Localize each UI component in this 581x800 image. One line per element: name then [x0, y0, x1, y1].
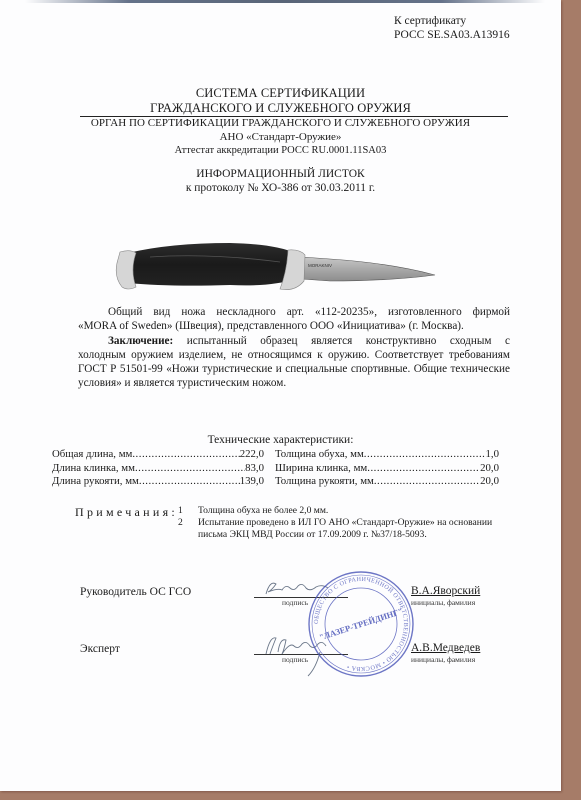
- company-stamp: ОБЩЕСТВО С ОГРАНИЧЕННОЙ ОТВЕТСТВЕННОСТЬЮ…: [306, 569, 416, 679]
- spec-label: Ширина клинка, мм: [275, 462, 367, 476]
- accreditation-number: Аттестат аккредитации РОСС RU.0001.11SA0…: [0, 144, 561, 158]
- spec-label: Длина клинка, мм: [52, 462, 135, 476]
- signatory-name-head: В.А.Яворский: [411, 585, 480, 597]
- spec-row: Ширина клинка, мм20,0: [275, 462, 499, 476]
- certificate-ref-number: РОСС SE.SA03.A13916: [394, 28, 510, 42]
- svg-text:"ЛАЗЕР-ТРЕЙДИНГ": "ЛАЗЕР-ТРЕЙДИНГ": [318, 606, 404, 643]
- signatory-role-head: Руководитель ОС ГСО: [80, 586, 191, 598]
- conclusion-label: Заключение:: [108, 335, 173, 347]
- spec-value: 222,0: [240, 448, 264, 462]
- organization-name: АНО «Стандарт-Оружие»: [0, 131, 561, 145]
- specs-right-column: Толщина обуха, мм1,0 Ширина клинка, мм20…: [275, 448, 499, 489]
- description-line2: «MORA of Sweden» (Швеция), представленно…: [78, 319, 510, 333]
- conclusion-text: холодным оружием изделием, не относящимс…: [78, 348, 510, 390]
- spec-row: Длина рукояти, мм139,0: [52, 475, 264, 489]
- spec-value: 20,0: [480, 475, 499, 489]
- description-line1: Общий вид ножа нескладного арт. «112-202…: [108, 306, 510, 318]
- spec-label: Общая длина, мм: [52, 448, 132, 462]
- note-text: Толщина обуха не более 2,0 мм.: [198, 505, 498, 517]
- spec-row: Толщина рукояти, мм20,0: [275, 475, 499, 489]
- spec-value: 20,0: [480, 462, 499, 476]
- system-title-line2: ГРАЖДАНСКОГО И СЛУЖЕБНОГО ОРУЖИЯ: [0, 101, 561, 116]
- spec-value: 139,0: [240, 475, 264, 489]
- specs-title: Технические характеристики:: [0, 434, 561, 446]
- title-protocol: к протоколу № ХО-386 от 30.03.2011 г.: [0, 181, 561, 195]
- notes-list: 1 Толщина обуха не более 2,0 мм. 2 Испыт…: [178, 505, 498, 541]
- name-caption: инициалы, фамилия: [411, 598, 475, 607]
- note-number: 1: [178, 505, 198, 517]
- knife-description: Общий вид ножа нескладного арт. «112-202…: [78, 305, 510, 333]
- signatory-name-expert: А.В.Медведев: [411, 642, 480, 654]
- scan-edge-strip: [25, 0, 545, 3]
- system-title-line1: СИСТЕМА СЕРТИФИКАЦИИ: [0, 86, 561, 101]
- spec-row: Длина клинка, мм83,0: [52, 462, 264, 476]
- signatory-role-expert: Эксперт: [80, 643, 120, 655]
- certificate-reference: К сертификату РОСС SE.SA03.A13916: [394, 14, 510, 42]
- certification-body-header: ОРГАН ПО СЕРТИФИКАЦИИ ГРАЖДАНСКОГО И СЛУ…: [0, 117, 561, 158]
- spec-label: Толщина обуха, мм: [275, 448, 364, 462]
- spec-value: 83,0: [245, 462, 264, 476]
- spec-row: Общая длина, мм222,0: [52, 448, 264, 462]
- spec-label: Толщина рукояти, мм: [275, 475, 374, 489]
- organ-name: ОРГАН ПО СЕРТИФИКАЦИИ ГРАЖДАНСКОГО И СЛУ…: [0, 117, 561, 131]
- note-item: 2 Испытание проведено в ИЛ ГО АНО «Станд…: [178, 517, 498, 541]
- spec-label: Длина рукояти, мм: [52, 475, 139, 489]
- knife-image: MORAKNIV: [90, 215, 450, 290]
- name-caption: инициалы, фамилия: [411, 655, 475, 664]
- svg-text:MORAKNIV: MORAKNIV: [308, 263, 332, 268]
- document-title: ИНФОРМАЦИОННЫЙ ЛИСТОК к протоколу № ХО-3…: [0, 167, 561, 195]
- notes-label: Примечания:: [75, 505, 178, 520]
- conclusion-paragraph: Заключение: испытанный образец является …: [78, 334, 510, 390]
- note-number: 2: [178, 517, 198, 541]
- signature-caption: подпись: [282, 598, 308, 607]
- spec-row: Толщина обуха, мм1,0: [275, 448, 499, 462]
- note-text: Испытание проведено в ИЛ ГО АНО «Стандар…: [198, 517, 498, 541]
- document-page: К сертификату РОСС SE.SA03.A13916 СИСТЕМ…: [0, 0, 561, 791]
- title-main: ИНФОРМАЦИОННЫЙ ЛИСТОК: [0, 167, 561, 181]
- certificate-ref-label: К сертификату: [394, 14, 510, 28]
- spec-value: 1,0: [486, 448, 500, 462]
- specs-left-column: Общая длина, мм222,0 Длина клинка, мм83,…: [52, 448, 264, 489]
- conclusion-text-start: испытанный образец является конструктивн…: [173, 335, 510, 347]
- note-item: 1 Толщина обуха не более 2,0 мм.: [178, 505, 498, 517]
- certification-system-header: СИСТЕМА СЕРТИФИКАЦИИ ГРАЖДАНСКОГО И СЛУЖ…: [0, 86, 561, 116]
- signature-caption: подпись: [282, 655, 308, 664]
